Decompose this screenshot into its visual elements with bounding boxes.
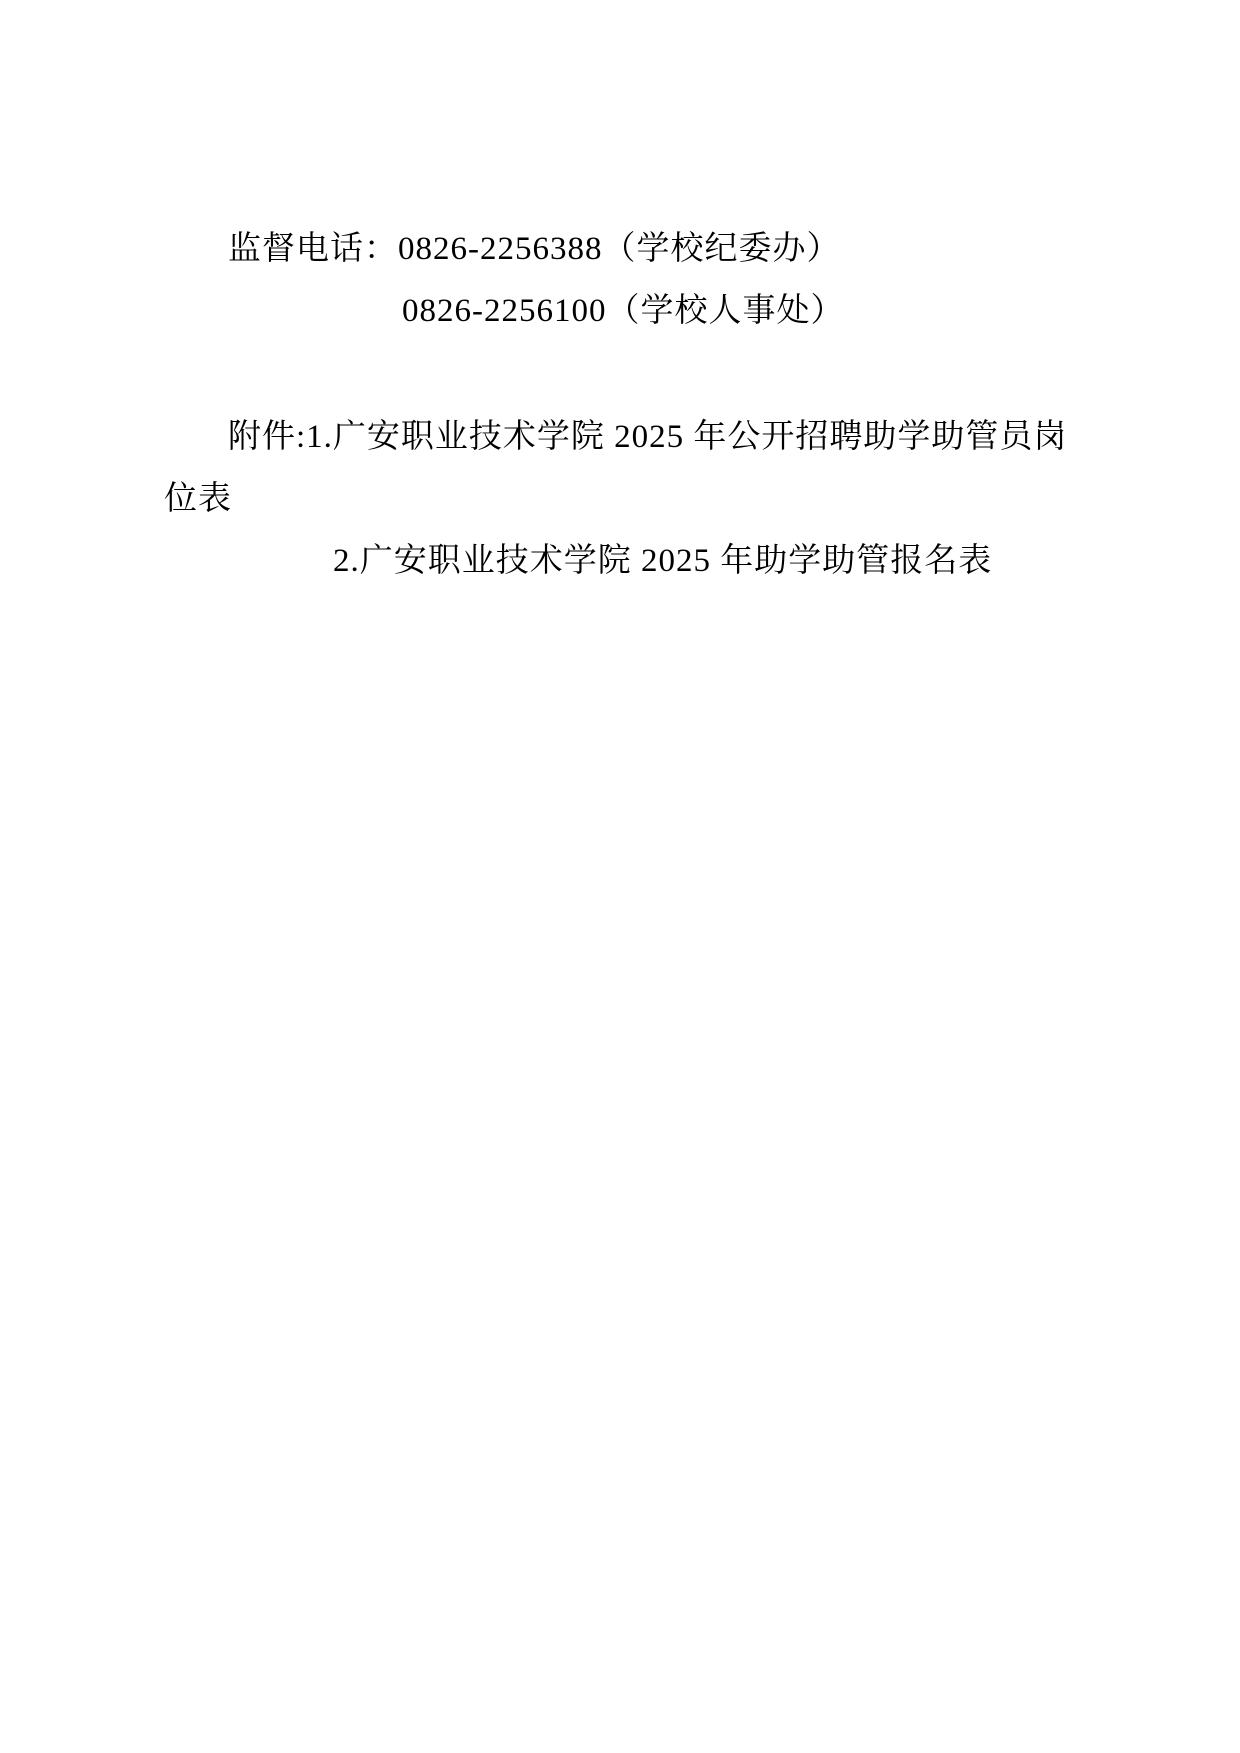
document-page: 监督电话：0826-2256388（学校纪委办） 0826-2256100（学校… <box>0 0 1240 1753</box>
paragraph-spacer <box>164 342 1090 406</box>
attachment-item-1-line-1: 附件:1.广安职业技术学院 2025 年公开招聘助学助管员岗 <box>164 406 1090 468</box>
attachment-item-1-line-2: 位表 <box>164 468 1090 530</box>
attachment-item-2: 2.广安职业技术学院 2025 年助学助管报名表 <box>164 530 1090 592</box>
supervision-phone-line-1: 监督电话：0826-2256388（学校纪委办） <box>164 218 1090 280</box>
supervision-phone-line-2: 0826-2256100（学校人事处） <box>164 280 1090 342</box>
